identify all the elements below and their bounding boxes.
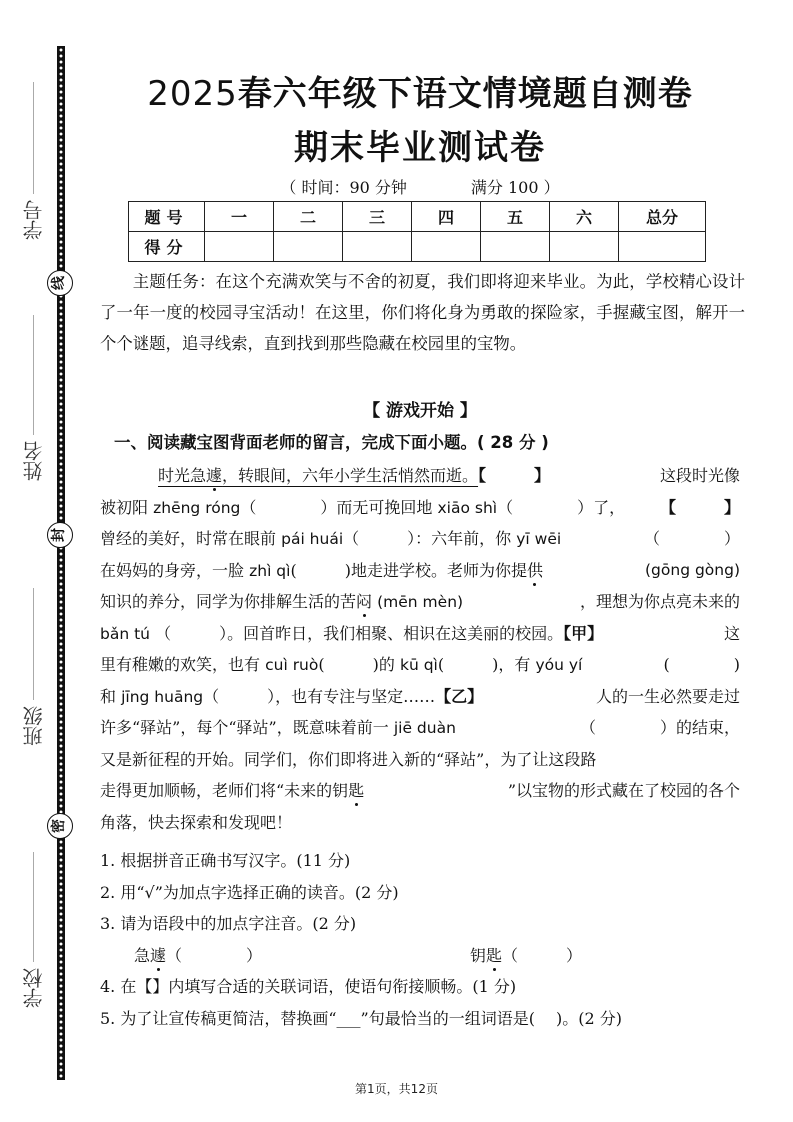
student-id-label: 学号 — [19, 200, 48, 240]
page-number: 第1页，共12页 — [0, 1080, 793, 1097]
pinyin: jiē duàn — [394, 719, 456, 737]
score-table-col: 二 — [274, 202, 343, 232]
dotted-char: 遽 — [150, 946, 166, 965]
class-field[interactable]: 班级 — [18, 588, 48, 746]
passage-line: 被初阳 zhēng róng（ ）而无可挽回地 xiāo shì（ ）了， 【 … — [100, 492, 740, 524]
score-table-col: 五 — [481, 202, 550, 232]
passage-text: 这段时光像 — [660, 460, 740, 492]
passage-line: 和 jīng huāng（ ），也有专注与坚定……【乙】 人的一生必然要走过 — [100, 681, 740, 713]
passage-text: 里有稚嫩的欢笑，也有 — [100, 655, 260, 674]
student-id-line[interactable] — [33, 82, 34, 194]
question-text: 为了让宣传稿更简洁，替换画“___”句最恰当的一组词语是( )。(2 分) — [120, 1009, 622, 1028]
answer-blank[interactable]: （ ），也有专注与坚定…… — [203, 687, 435, 706]
name-line[interactable] — [33, 315, 34, 435]
passage-line: 里有稚嫩的欢笑，也有 cuì ruò( )的 kū qì( )，有 yóu yí… — [100, 649, 740, 681]
answer-blank[interactable]: （ ）的结束， — [580, 712, 740, 744]
score-table-col: 三 — [343, 202, 412, 232]
word-text: 钥 — [470, 946, 486, 965]
question-text: 在【】内填写合适的关联词语，使语句衔接顺畅。(1 分) — [120, 977, 516, 996]
passage-text: 许多“驿站”，每个“驿站”，既意味着前一 — [100, 718, 389, 737]
score-table-header-row: 题号 一 二 三 四 五 六 总分 — [129, 202, 706, 232]
exam-full-score: 满分 100 ） — [471, 178, 560, 197]
word-text: 急 — [134, 946, 150, 965]
pinyin-choice[interactable]: (gōng gòng) — [645, 555, 740, 587]
pinyin: xiāo shì — [437, 499, 497, 517]
sub-question-4: 4. 在【】内填写合适的关联词语，使语句衔接顺畅。(1 分) — [100, 971, 750, 1003]
passage-line: 在妈妈的身旁，一脸 zhì qì( )地走进学校。老师为你提供 (gōng gò… — [100, 555, 740, 587]
passage-line: 许多“驿站”，每个“驿站”，既意味着前一 jiē duàn （ ）的结束， — [100, 712, 740, 744]
name-label: 姓名 — [19, 441, 48, 481]
question-text: 请为语段中的加点字注音。(2 分) — [120, 914, 356, 933]
connective-blank[interactable]: 【 】 — [478, 466, 550, 485]
dotted-char: 匙 — [486, 946, 502, 965]
passage-text: ”以宝物的形式藏在了校园的各个 — [508, 775, 740, 807]
passage-line: 又是新征程的开始。同学们，你们即将进入新的“驿站”，为了让这段路 — [100, 744, 740, 776]
reading-passage: 时光急遽，转眼间，六年小学生活悄然而逝。【 】 这段时光像 被初阳 zhēng … — [100, 460, 740, 838]
school-label: 学校 — [19, 968, 48, 1008]
score-table-col: 总分 — [619, 202, 706, 232]
school-line[interactable] — [33, 852, 34, 962]
seal-line-icon: 线 — [47, 270, 73, 296]
passage-line: 角落，快去探索和发现吧！ — [100, 807, 740, 839]
passage-text: 这 — [724, 618, 740, 650]
page-subtitle: 期末毕业测试卷 — [100, 120, 740, 169]
question-number: 4. — [100, 977, 115, 996]
answer-blank[interactable]: ( )地走进学校。老师为你提 — [290, 561, 527, 580]
pinyin: yóu yí — [535, 656, 582, 674]
passage-line: 走得更加顺畅，老师们将“未来的钥匙 ”以宝物的形式藏在了校园的各个 — [100, 775, 740, 807]
sub-questions: 1. 根据拼音正确书写汉字。(11 分) 2. 用“√”为加点字选择正确的读音。… — [100, 845, 750, 1034]
pinyin: yī wēi — [516, 530, 561, 548]
name-field[interactable]: 姓名 — [18, 315, 48, 481]
passage-text: 知识的养分，同学为你排解生活的苦 — [100, 592, 356, 611]
score-table-score-row: 得分 — [129, 232, 706, 262]
score-table-header-label: 题号 — [129, 202, 205, 232]
page-title: 2025春六年级下语文情境题自测卷 — [100, 66, 740, 115]
score-cell[interactable] — [274, 232, 343, 262]
question-1-heading: 一、阅读藏宝图背面老师的留言，完成下面小题。( 28 分 ) — [114, 429, 549, 453]
sub-question-1: 1. 根据拼音正确书写汉字。(11 分) — [100, 845, 750, 877]
pinyin: pái huái — [281, 530, 343, 548]
passage-text: ，理想为你点亮未来的 — [580, 586, 740, 618]
sub-question-5: 5. 为了让宣传稿更简洁，替换画“___”句最恰当的一组词语是( )。(2 分) — [100, 1003, 750, 1035]
passage-text: 又是新征程的开始。同学们，你们即将进入新的“驿站”，为了让这段路 — [100, 744, 596, 776]
score-cell[interactable] — [550, 232, 619, 262]
seal-secret-icon: 密 — [47, 813, 73, 839]
score-cell[interactable] — [412, 232, 481, 262]
answer-blank[interactable]: ( ) — [664, 649, 741, 681]
passage-line: 时光急遽，转眼间，六年小学生活悄然而逝。【 】 这段时光像 — [100, 460, 740, 492]
score-cell[interactable] — [481, 232, 550, 262]
marker-jia: 【甲】 — [563, 624, 603, 643]
answer-blank[interactable]: （ ）。回首昨日，我们相聚、相识在这美丽的校园。 — [155, 624, 563, 643]
pinyin: zhì qì — [249, 562, 290, 580]
score-cell[interactable] — [205, 232, 274, 262]
passage-text: 和 — [100, 687, 116, 706]
question-number: 2. — [100, 883, 115, 902]
underlined-text: 时光急 — [158, 466, 206, 485]
binding-rail — [57, 46, 65, 1080]
passage-line: 知识的养分，同学为你排解生活的苦闷 (mēn mèn) ，理想为你点亮未来的 — [100, 586, 740, 618]
school-field[interactable]: 学校 — [18, 852, 48, 1008]
title-year: 2025 — [147, 74, 238, 114]
exam-meta: （ 时间：90 分钟满分 100 ） — [100, 175, 740, 198]
sub-question-3: 3. 请为语段中的加点字注音。(2 分) — [100, 908, 750, 940]
title-main: 春六年级下语文情境题自测卷 — [238, 74, 693, 114]
pinyin-answer-blank[interactable]: （ ） — [502, 946, 582, 965]
score-table-score-label: 得分 — [129, 232, 205, 262]
question-number: 5. — [100, 1009, 115, 1028]
answer-blank[interactable]: （ ）了， — [497, 498, 625, 517]
marker-yi: 【乙】 — [435, 687, 483, 706]
question-number: 3. — [100, 914, 115, 933]
pinyin: jīng huāng — [121, 688, 203, 706]
answer-blank[interactable]: （ ）：六年前，你 — [343, 529, 511, 548]
passage-line: bǎn tú （ ）。回首昨日，我们相聚、相识在这美丽的校园。【甲】 这 — [100, 618, 740, 650]
passage-line: 曾经的美好，时常在眼前 pái huái（ ）：六年前，你 yī wēi （ ） — [100, 523, 740, 555]
question-number: 1. — [100, 851, 115, 870]
annotation-row: 急遽（ ） 钥匙（ ） — [100, 940, 750, 972]
score-cell[interactable] — [619, 232, 706, 262]
sub-question-2: 2. 用“√”为加点字选择正确的读音。(2 分) — [100, 877, 750, 909]
question-text: 用“√”为加点字选择正确的读音。(2 分) — [120, 883, 398, 902]
underlined-text: ，转眼间，六年小学生活悄然而逝。 — [222, 466, 478, 485]
passage-text: 人的一生必然要走过 — [596, 681, 740, 713]
dotted-char: 供 — [527, 561, 543, 580]
passage-text: 曾经的美好，时常在眼前 — [100, 529, 276, 548]
student-id-field[interactable]: 学号 — [18, 82, 48, 240]
passage-text: 被初阳 — [100, 498, 148, 517]
pinyin: bǎn tú — [100, 625, 150, 643]
dotted-char: 闷 — [356, 592, 372, 611]
pinyin: kū qì — [400, 656, 438, 674]
dotted-char: 匙 — [348, 781, 364, 800]
exam-time: （ 时间：90 分钟 — [280, 178, 407, 197]
pinyin: zhēng róng — [153, 499, 240, 517]
answer-blank[interactable]: ( )，有 — [438, 655, 531, 674]
pinyin-choice[interactable]: (mēn mèn) — [377, 593, 463, 611]
score-table-col: 一 — [205, 202, 274, 232]
passage-text: 角落，快去探索和发现吧！ — [100, 807, 292, 839]
score-table-col: 四 — [412, 202, 481, 232]
score-table-col: 六 — [550, 202, 619, 232]
seal-seal-icon: 封 — [47, 522, 73, 548]
connective-blank[interactable]: 【 】 — [660, 492, 740, 524]
score-cell[interactable] — [343, 232, 412, 262]
pinyin: cuì ruò — [265, 656, 318, 674]
section-heading: 【 游戏开始 】 — [100, 396, 740, 421]
passage-text: 在妈妈的身旁，一脸 — [100, 561, 244, 580]
question-text: 根据拼音正确书写汉字。(11 分) — [120, 851, 350, 870]
class-label: 班级 — [19, 706, 48, 746]
theme-intro: 主题任务：在这个充满欢笑与不舍的初夏，我们即将迎来毕业。为此，学校精心设计了一年… — [100, 266, 745, 359]
passage-text: 走得更加顺畅，老师们将“未来的钥 — [100, 781, 348, 800]
answer-blank[interactable]: ( )的 — [318, 655, 395, 674]
score-table: 题号 一 二 三 四 五 六 总分 得分 — [128, 201, 706, 262]
pinyin-answer-blank[interactable]: （ ） — [166, 946, 262, 965]
class-line[interactable] — [33, 588, 34, 700]
answer-blank[interactable]: （ ）而无可挽回地 — [240, 498, 432, 517]
answer-blank[interactable]: （ ） — [644, 523, 740, 555]
dotted-char: 遽 — [206, 466, 222, 485]
